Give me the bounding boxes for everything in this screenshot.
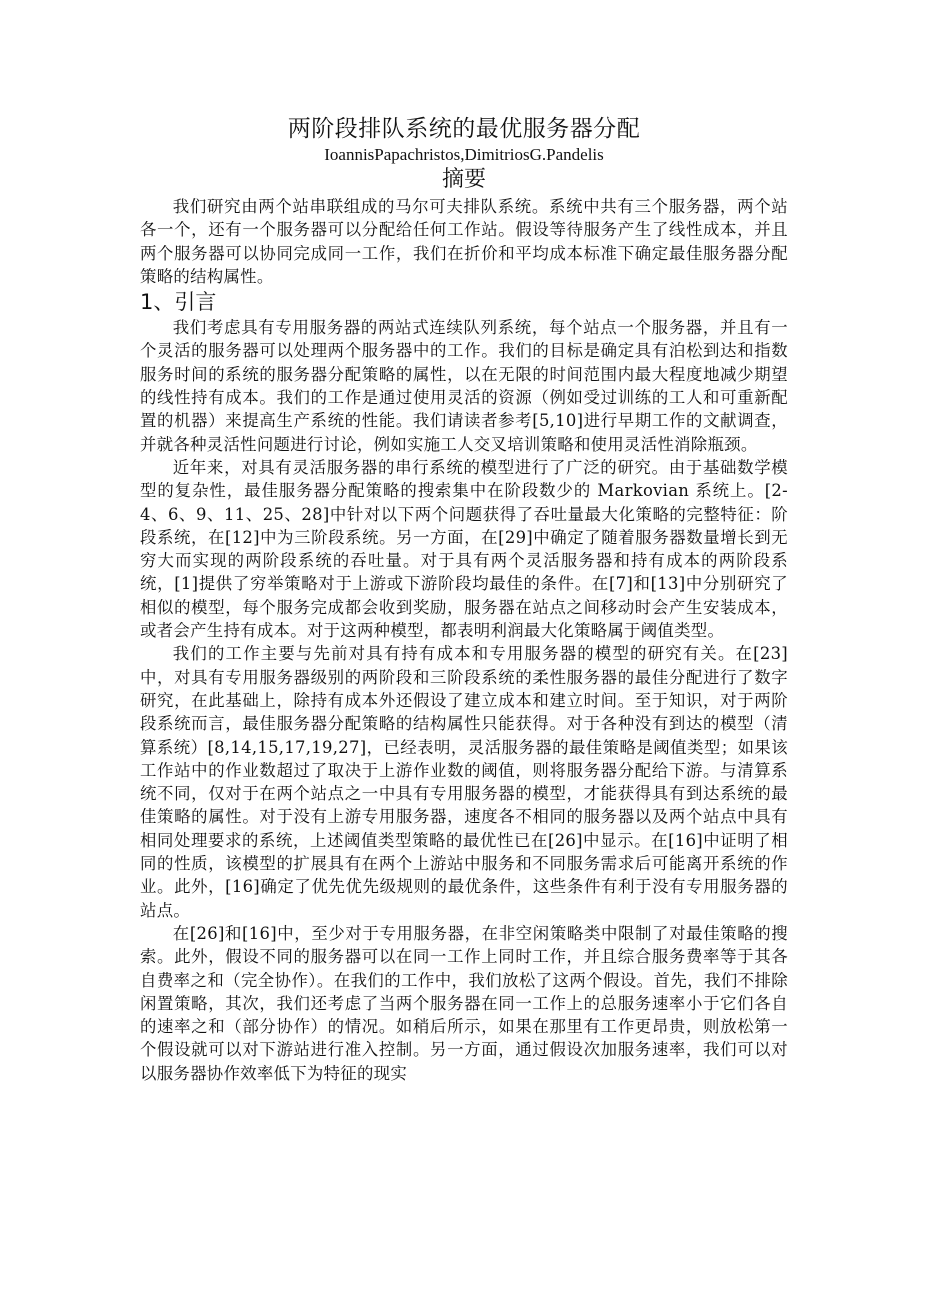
- abstract-heading: 摘要: [140, 165, 788, 195]
- abstract-text: 我们研究由两个站串联组成的马尔可夫排队系统。系统中共有三个服务器，两个站各一个，…: [140, 195, 788, 288]
- intro-paragraph-1: 我们考虑具有专用服务器的两站式连续队列系统，每个站点一个服务器，并且有一个灵活的…: [140, 316, 788, 456]
- intro-paragraph-3: 我们的工作主要与先前对具有持有成本和专用服务器的模型的研究有关。在[23]中，对…: [140, 642, 788, 922]
- section-heading-introduction: 1、引言: [140, 288, 788, 316]
- paper-page: 两阶段排队系统的最优服务器分配 IoannisPapachristos,Dimi…: [140, 113, 788, 1085]
- intro-paragraph-4: 在[26]和[16]中，至少对于专用服务器，在非空闲策略类中限制了对最佳策略的搜…: [140, 922, 788, 1085]
- intro-paragraph-2: 近年来，对具有灵活服务器的串行系统的模型进行了广泛的研究。由于基础数学模型的复杂…: [140, 456, 788, 642]
- paper-title: 两阶段排队系统的最优服务器分配: [140, 113, 788, 145]
- paper-authors: IoannisPapachristos,DimitriosG.Pandelis: [140, 145, 788, 165]
